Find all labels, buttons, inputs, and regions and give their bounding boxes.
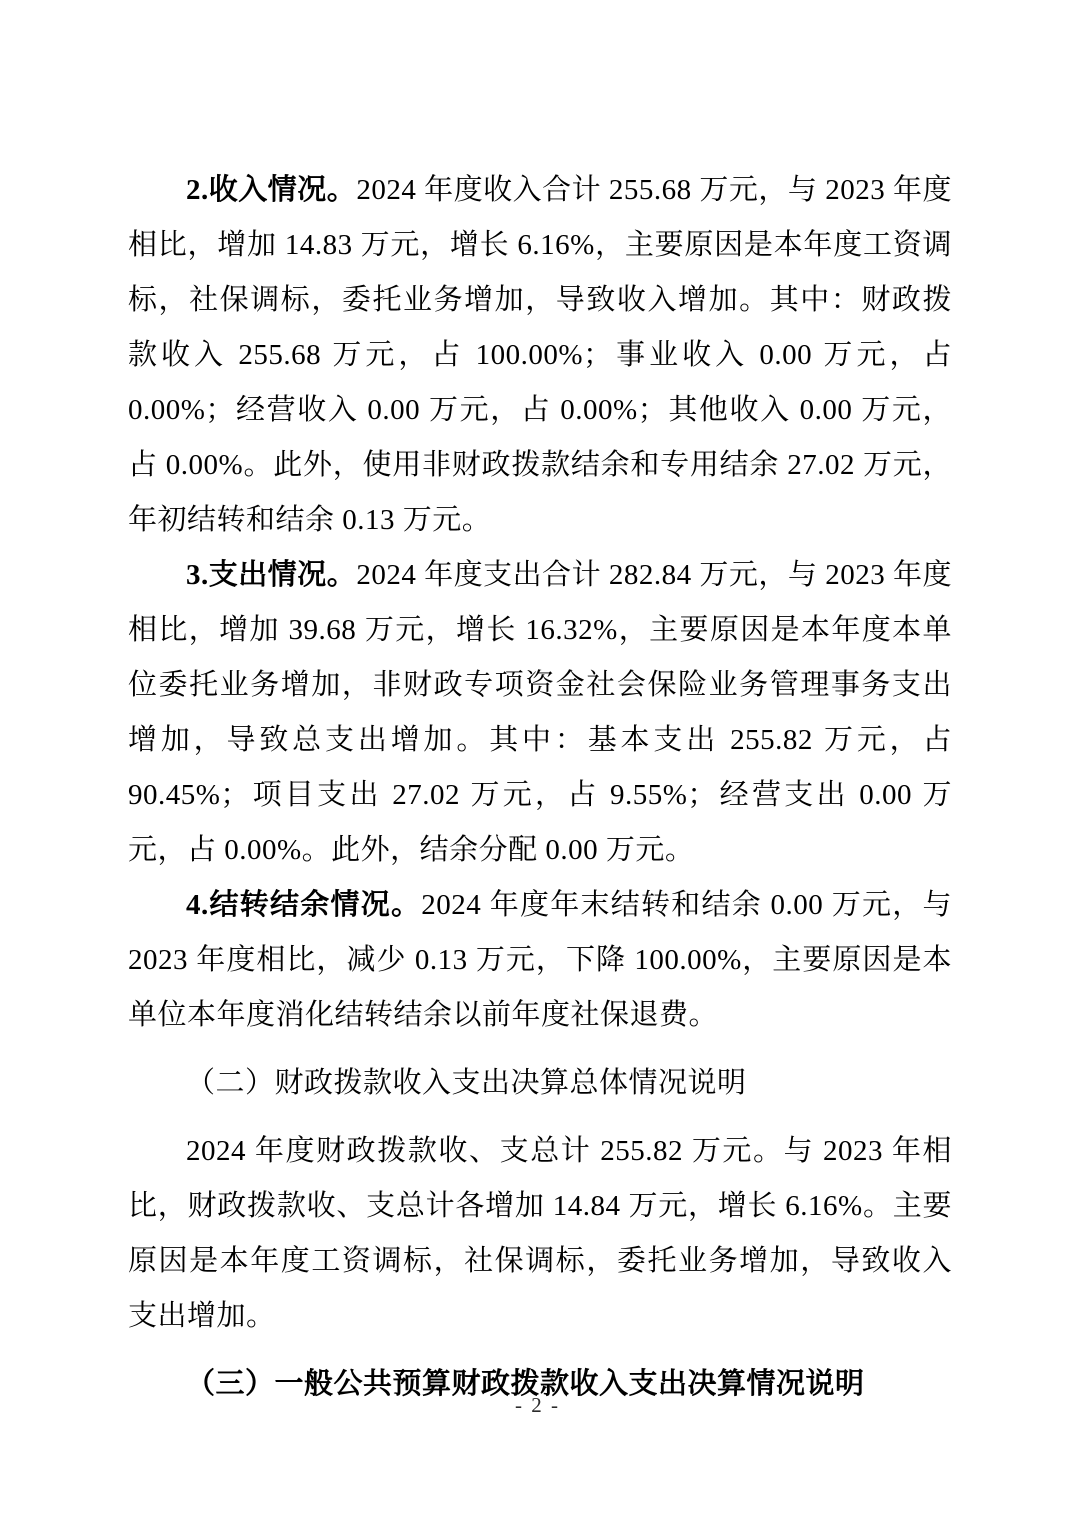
- paragraph-income: 2.收入情况。2024 年度收入合计 255.68 万元，与 2023 年度相比…: [128, 163, 952, 548]
- heading-fiscal-appropriation: （二）财政拨款收入支出决算总体情况说明: [128, 1056, 952, 1111]
- paragraph-income-text: 2024 年度收入合计 255.68 万元，与 2023 年度相比，增加 14.…: [128, 174, 952, 536]
- document-page: 2.收入情况。2024 年度收入合计 255.68 万元，与 2023 年度相比…: [0, 0, 1075, 1520]
- paragraph-carryover-lead: 4.结转结余情况。: [186, 889, 421, 921]
- page-number: - 2 -: [0, 1393, 1075, 1418]
- paragraph-carryover: 4.结转结余情况。2024 年度年末结转和结余 0.00 万元，与 2023 年…: [128, 878, 952, 1043]
- paragraph-expenditure: 3.支出情况。2024 年度支出合计 282.84 万元，与 2023 年度相比…: [128, 548, 952, 878]
- document-body: 2.收入情况。2024 年度收入合计 255.68 万元，与 2023 年度相比…: [128, 163, 952, 1425]
- paragraph-fiscal-appropriation: 2024 年度财政拨款收、支总计 255.82 万元。与 2023 年相比，财政…: [128, 1124, 952, 1344]
- paragraph-expenditure-lead: 3.支出情况。: [186, 559, 356, 591]
- paragraph-income-lead: 2.收入情况。: [186, 174, 356, 206]
- paragraph-expenditure-text: 2024 年度支出合计 282.84 万元，与 2023 年度相比，增加 39.…: [128, 559, 952, 866]
